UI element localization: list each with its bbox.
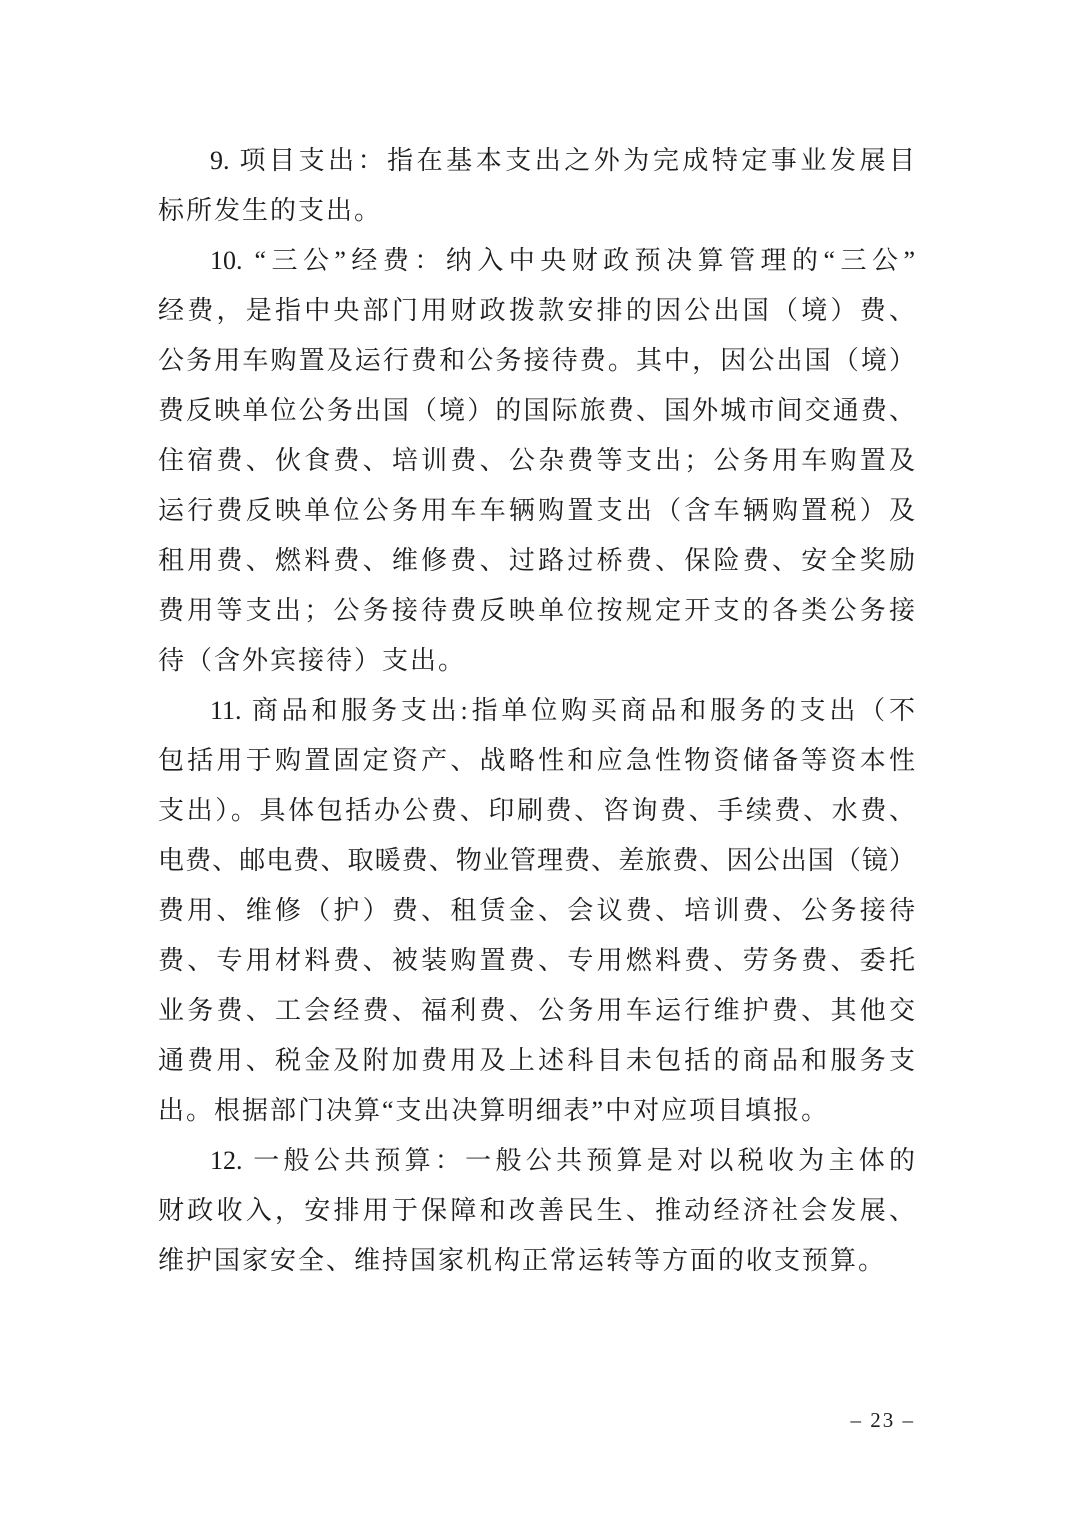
text-line: 11. 商品和服务支出:指单位购买商品和服务的支出（不	[158, 686, 915, 736]
text-line: 运行费反映单位公务用车车辆购置支出（含车辆购置税）及	[158, 486, 915, 536]
text-line: 业务费、工会经费、福利费、公务用车运行维护费、其他交	[158, 986, 915, 1036]
text-line: 住宿费、伙食费、培训费、公杂费等支出；公务用车购置及	[158, 436, 915, 486]
text-line: 电费、邮电费、取暖费、物业管理费、差旅费、因公出国（镜）	[158, 836, 915, 886]
page-number: – 23 –	[851, 1408, 916, 1433]
text-line: 费反映单位公务出国（境）的国际旅费、国外城市间交通费、	[158, 386, 915, 436]
text-line: 支出）。具体包括办公费、印刷费、咨询费、手续费、水费、	[158, 786, 915, 836]
text-line: 公务用车购置及运行费和公务接待费。其中，因公出国（境）	[158, 336, 915, 386]
text-line: 维护国家安全、维持国家机构正常运转等方面的收支预算。	[158, 1236, 915, 1286]
text-line: 9. 项目支出：指在基本支出之外为完成特定事业发展目	[158, 136, 915, 186]
text-line: 费用、维修（护）费、租赁金、会议费、培训费、公务接待	[158, 886, 915, 936]
text-line: 通费用、税金及附加费用及上述科目未包括的商品和服务支	[158, 1036, 915, 1086]
text-line: 待（含外宾接待）支出。	[158, 636, 915, 686]
body-text: 9. 项目支出：指在基本支出之外为完成特定事业发展目 标所发生的支出。 10. …	[158, 136, 915, 1286]
text-line: 租用费、燃料费、维修费、过路过桥费、保险费、安全奖励	[158, 536, 915, 586]
document-page: 9. 项目支出：指在基本支出之外为完成特定事业发展目 标所发生的支出。 10. …	[0, 0, 1074, 1520]
text-line: 包括用于购置固定资产、战略性和应急性物资储备等资本性	[158, 736, 915, 786]
text-line: 经费，是指中央部门用财政拨款安排的因公出国（境）费、	[158, 286, 915, 336]
text-line: 出。根据部门决算“支出决算明细表”中对应项目填报。	[158, 1086, 915, 1136]
text-line: 12. 一般公共预算：一般公共预算是对以税收为主体的	[158, 1136, 915, 1186]
text-line: 标所发生的支出。	[158, 186, 915, 236]
text-line: 费用等支出；公务接待费反映单位按规定开支的各类公务接	[158, 586, 915, 636]
text-line: 费、专用材料费、被装购置费、专用燃料费、劳务费、委托	[158, 936, 915, 986]
text-line: 10. “三公”经费：纳入中央财政预决算管理的“三公”	[158, 236, 915, 286]
text-line: 财政收入，安排用于保障和改善民生、推动经济社会发展、	[158, 1186, 915, 1236]
